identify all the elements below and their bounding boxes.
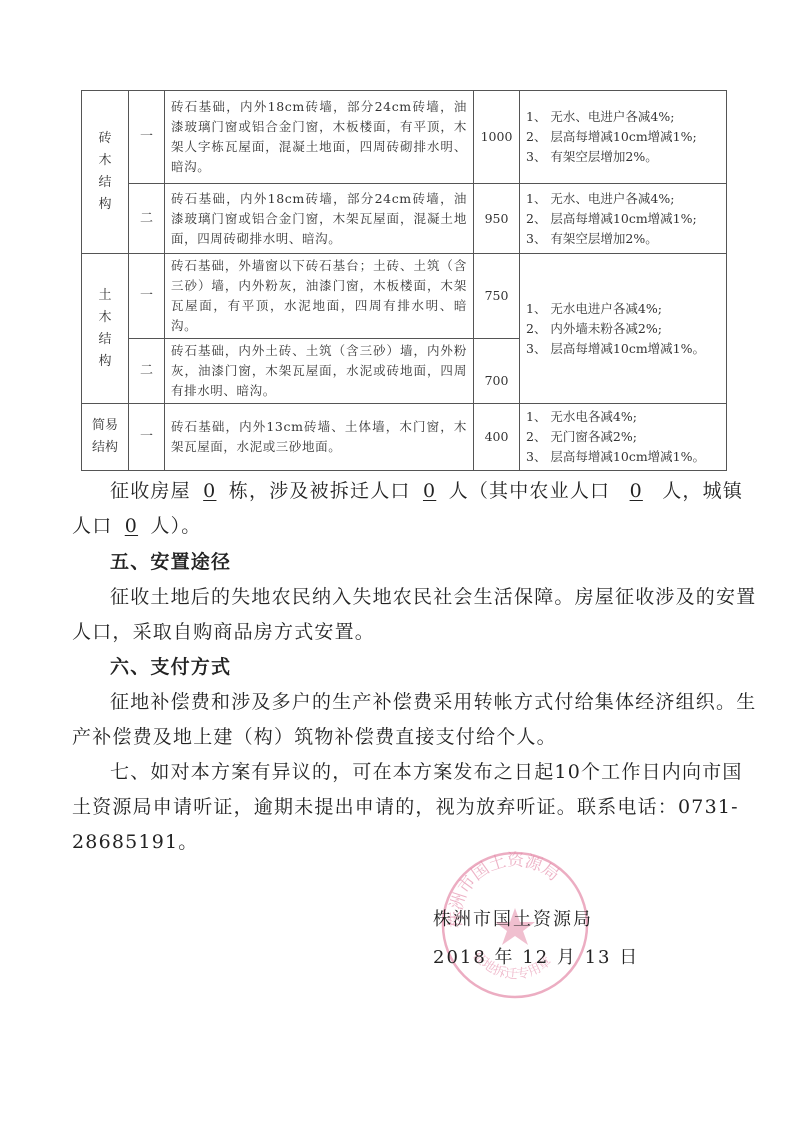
grade-cell: 一 (129, 404, 165, 471)
section-5-body: 征收土地后的失地农民纳入失地农民社会生活保障。房屋征收涉及的安置人口，采取自购商… (72, 580, 762, 650)
table-row: 砖 木 结 构 一 砖石基础，内外18cm砖墙，部分24cm砖墙，油漆玻璃门窗或… (82, 91, 727, 184)
agricultural-count: 0 (610, 474, 662, 509)
description-cell: 砖石基础，内外13cm砖墙、土体墙，木门窗，木架瓦屋面，水泥或三砂地面。 (165, 404, 474, 471)
section-7-body: 七、如对本方案有异议的，可在本方案发布之日起10个工作日内向市国土资源局申请听证… (72, 755, 762, 860)
section-5-heading: 五、安置途径 (72, 545, 762, 580)
price-cell: 700 (474, 339, 520, 404)
description-cell: 砖石基础，内外土砖、土筑（含三砂）墙，内外粉灰，油漆门窗，木架瓦屋面，水泥或砖地… (165, 339, 474, 404)
price-cell: 1000 (474, 91, 520, 184)
category-cell-earth-wood: 土 木 结 构 (82, 254, 129, 404)
table-row: 简易 结构 一 砖石基础，内外13cm砖墙、土体墙，木门窗，木架瓦屋面，水泥或三… (82, 404, 727, 471)
description-cell: 砖石基础，内外18cm砖墙，部分24cm砖墙，油漆玻璃门窗或铝合金门窗，木架瓦屋… (165, 184, 474, 254)
grade-cell: 一 (129, 91, 165, 184)
notes-cell: 1、 无水电各减4%; 2、 无门窗各减2%; 3、 层高每增减10cm增减1%… (520, 404, 727, 471)
signing-date: 2018 年 12 月 13 日 (433, 943, 639, 969)
signing-organization: 株洲市国土资源局 (433, 905, 593, 931)
document-page: 砖 木 结 构 一 砖石基础，内外18cm砖墙，部分24cm砖墙，油漆玻璃门窗或… (0, 0, 800, 1138)
notes-cell: 1、 无水电进户各减4%; 2、 内外墙未粉各减2%; 3、 层高每增减10cm… (520, 254, 727, 404)
category-cell-simple: 简易 结构 (82, 404, 129, 471)
population-count: 0 (411, 474, 449, 509)
grade-cell: 二 (129, 339, 165, 404)
buildings-count: 0 (191, 474, 229, 509)
table-row: 二 砖石基础，内外18cm砖墙，部分24cm砖墙，油漆玻璃门窗或铝合金门窗，木架… (82, 184, 727, 254)
category-cell-brick-wood: 砖 木 结 构 (82, 91, 129, 254)
table-row: 土 木 结 构 一 砖石基础，外墙窗以下砖石基台；土砖、土筑（含三砂）墙，内外粉… (82, 254, 727, 339)
grade-cell: 二 (129, 184, 165, 254)
price-cell: 750 (474, 254, 520, 339)
price-cell: 400 (474, 404, 520, 471)
notes-cell: 1、 无水、电进户各减4%; 2、 层高每增减10cm增减1%; 3、 有架空层… (520, 91, 727, 184)
building-compensation-table: 砖 木 结 构 一 砖石基础，内外18cm砖墙，部分24cm砖墙，油漆玻璃门窗或… (81, 90, 727, 471)
houses-statement: 征收房屋0栋，涉及被拆迁人口0人（其中农业人口0人，城镇人口0人）。 (72, 474, 762, 544)
section-6-heading: 六、支付方式 (72, 650, 762, 685)
price-cell: 950 (474, 184, 520, 254)
section-6-body: 征地补偿费和涉及多户的生产补偿费采用转帐方式付给集体经济组织。生产补偿费及地上建… (72, 685, 762, 755)
grade-cell: 一 (129, 254, 165, 339)
description-cell: 砖石基础，外墙窗以下砖石基台；土砖、土筑（含三砂）墙，内外粉灰，油漆门窗，木板楼… (165, 254, 474, 339)
description-cell: 砖石基础，内外18cm砖墙，部分24cm砖墙，油漆玻璃门窗或铝合金门窗，木板楼面… (165, 91, 474, 184)
notes-cell: 1、 无水、电进户各减4%; 2、 层高每增减10cm增减1%; 3、 有架空层… (520, 184, 727, 254)
urban-count: 0 (112, 509, 150, 544)
